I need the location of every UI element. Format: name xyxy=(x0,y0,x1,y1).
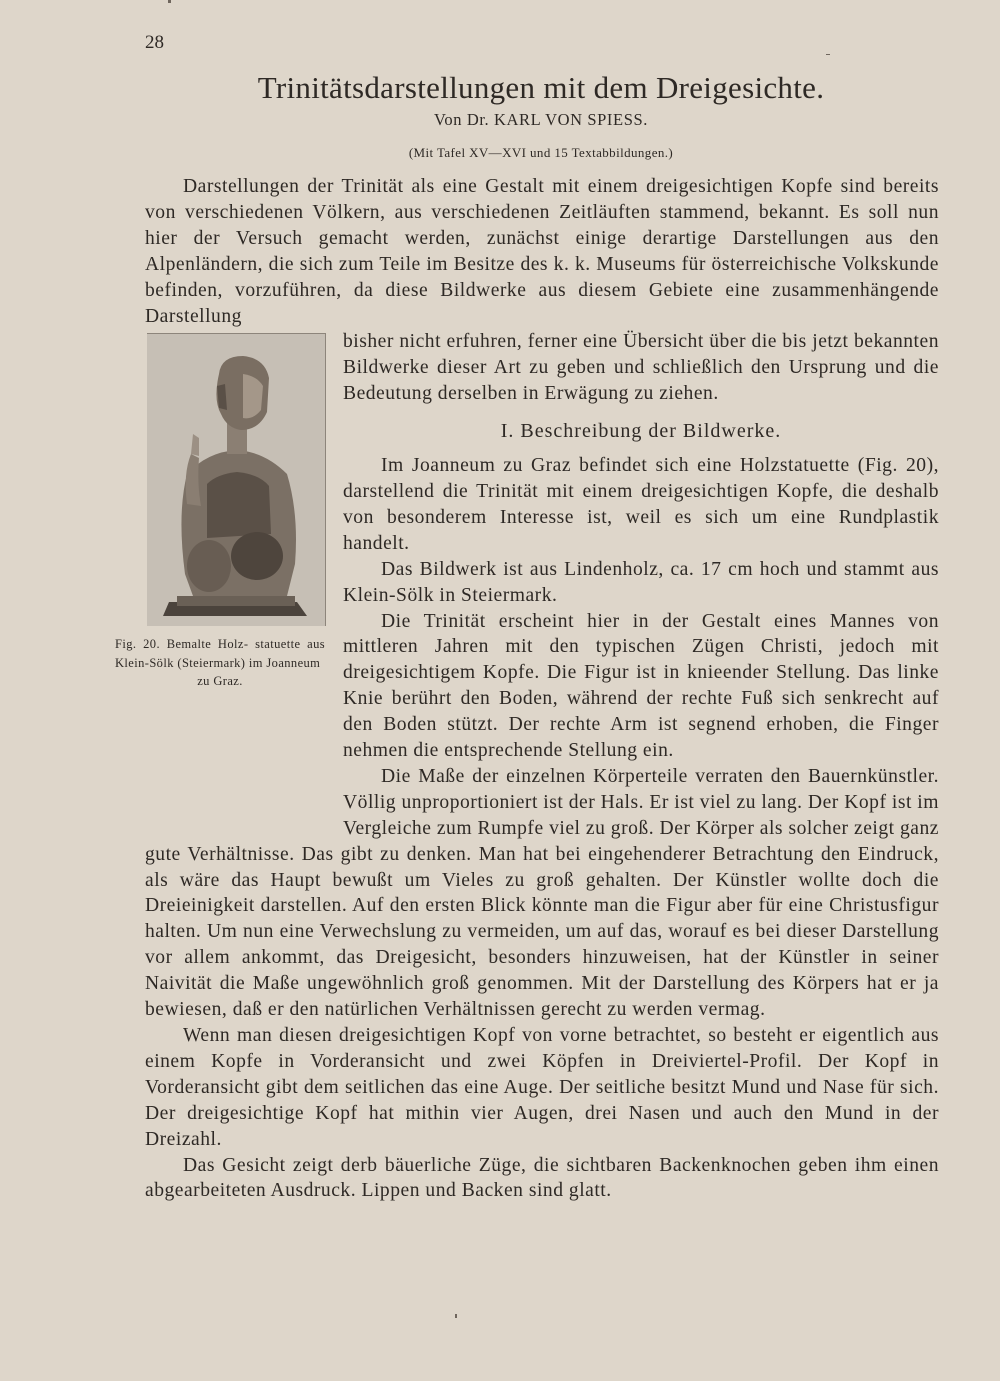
figure-20: Fig. 20. Bemalte Holz- statuette aus Kle… xyxy=(145,329,325,819)
statuette-photo xyxy=(147,333,326,626)
plates-note: (Mit Tafel XV—XVI und 15 Textabbildungen… xyxy=(0,145,1000,161)
scan-speck xyxy=(826,54,830,55)
article-author: Von Dr. KARL VON SPIESS. xyxy=(0,110,1000,130)
caption-line: Fig. 20. Bemalte Holz- xyxy=(115,637,248,651)
article-body: Darstellungen der Trinität als eine Gest… xyxy=(145,174,939,1204)
statuette-illustration-icon xyxy=(147,334,325,626)
paragraph: Wenn man diesen dreigesichtigen Kopf von… xyxy=(145,1023,939,1153)
caption-line: (Steiermark) im Joanneum xyxy=(177,656,320,670)
scan-speck xyxy=(455,1314,457,1318)
scan-speck xyxy=(168,0,171,3)
paragraph: Das Gesicht zeigt derb bäuerliche Züge, … xyxy=(145,1153,939,1205)
article-title: Trinitätsdarstellungen mit dem Dreigesic… xyxy=(0,70,1000,106)
figure-caption: Fig. 20. Bemalte Holz- statuette aus Kle… xyxy=(115,635,325,691)
caption-line: zu Graz. xyxy=(115,672,325,691)
page-number: 28 xyxy=(145,32,164,54)
intro-paragraph-start: Darstellungen der Trinität als eine Gest… xyxy=(145,174,939,329)
